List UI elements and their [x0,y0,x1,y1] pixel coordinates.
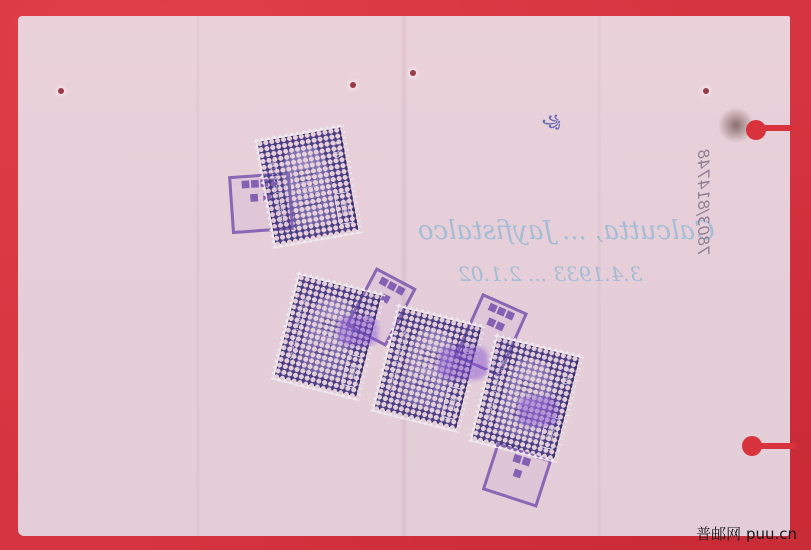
ink-cancel [338,316,378,346]
stamp-value: 4 00 [327,140,342,160]
blue-ink-mark: ꧁ [542,112,561,136]
pin-hole [410,70,416,76]
ink-cancel [518,396,558,426]
pin-hole [350,82,356,88]
pin-hole [703,88,709,94]
pencil-note: 7803/814748 [694,149,713,256]
document-paper: ꧁ Calcutta, ... Jayfistalco 3.4.1933 ...… [18,16,790,536]
stamp-value: 4 00 [557,365,573,385]
pin-hole [58,88,64,94]
ink-cancel [438,346,488,380]
handwriting-line-2: 3.4.1933 ... 2.1.02 [458,262,642,286]
notch-slit [760,125,800,131]
handwriting-line-1: Calcutta, ... Jayfistalco [418,216,715,246]
revenue-stamp: 國民政府印花稅票 4 00 肆圓 [253,123,363,249]
site-watermark: 普邮网 puu.cn [696,523,797,544]
notch-slit [756,443,796,449]
